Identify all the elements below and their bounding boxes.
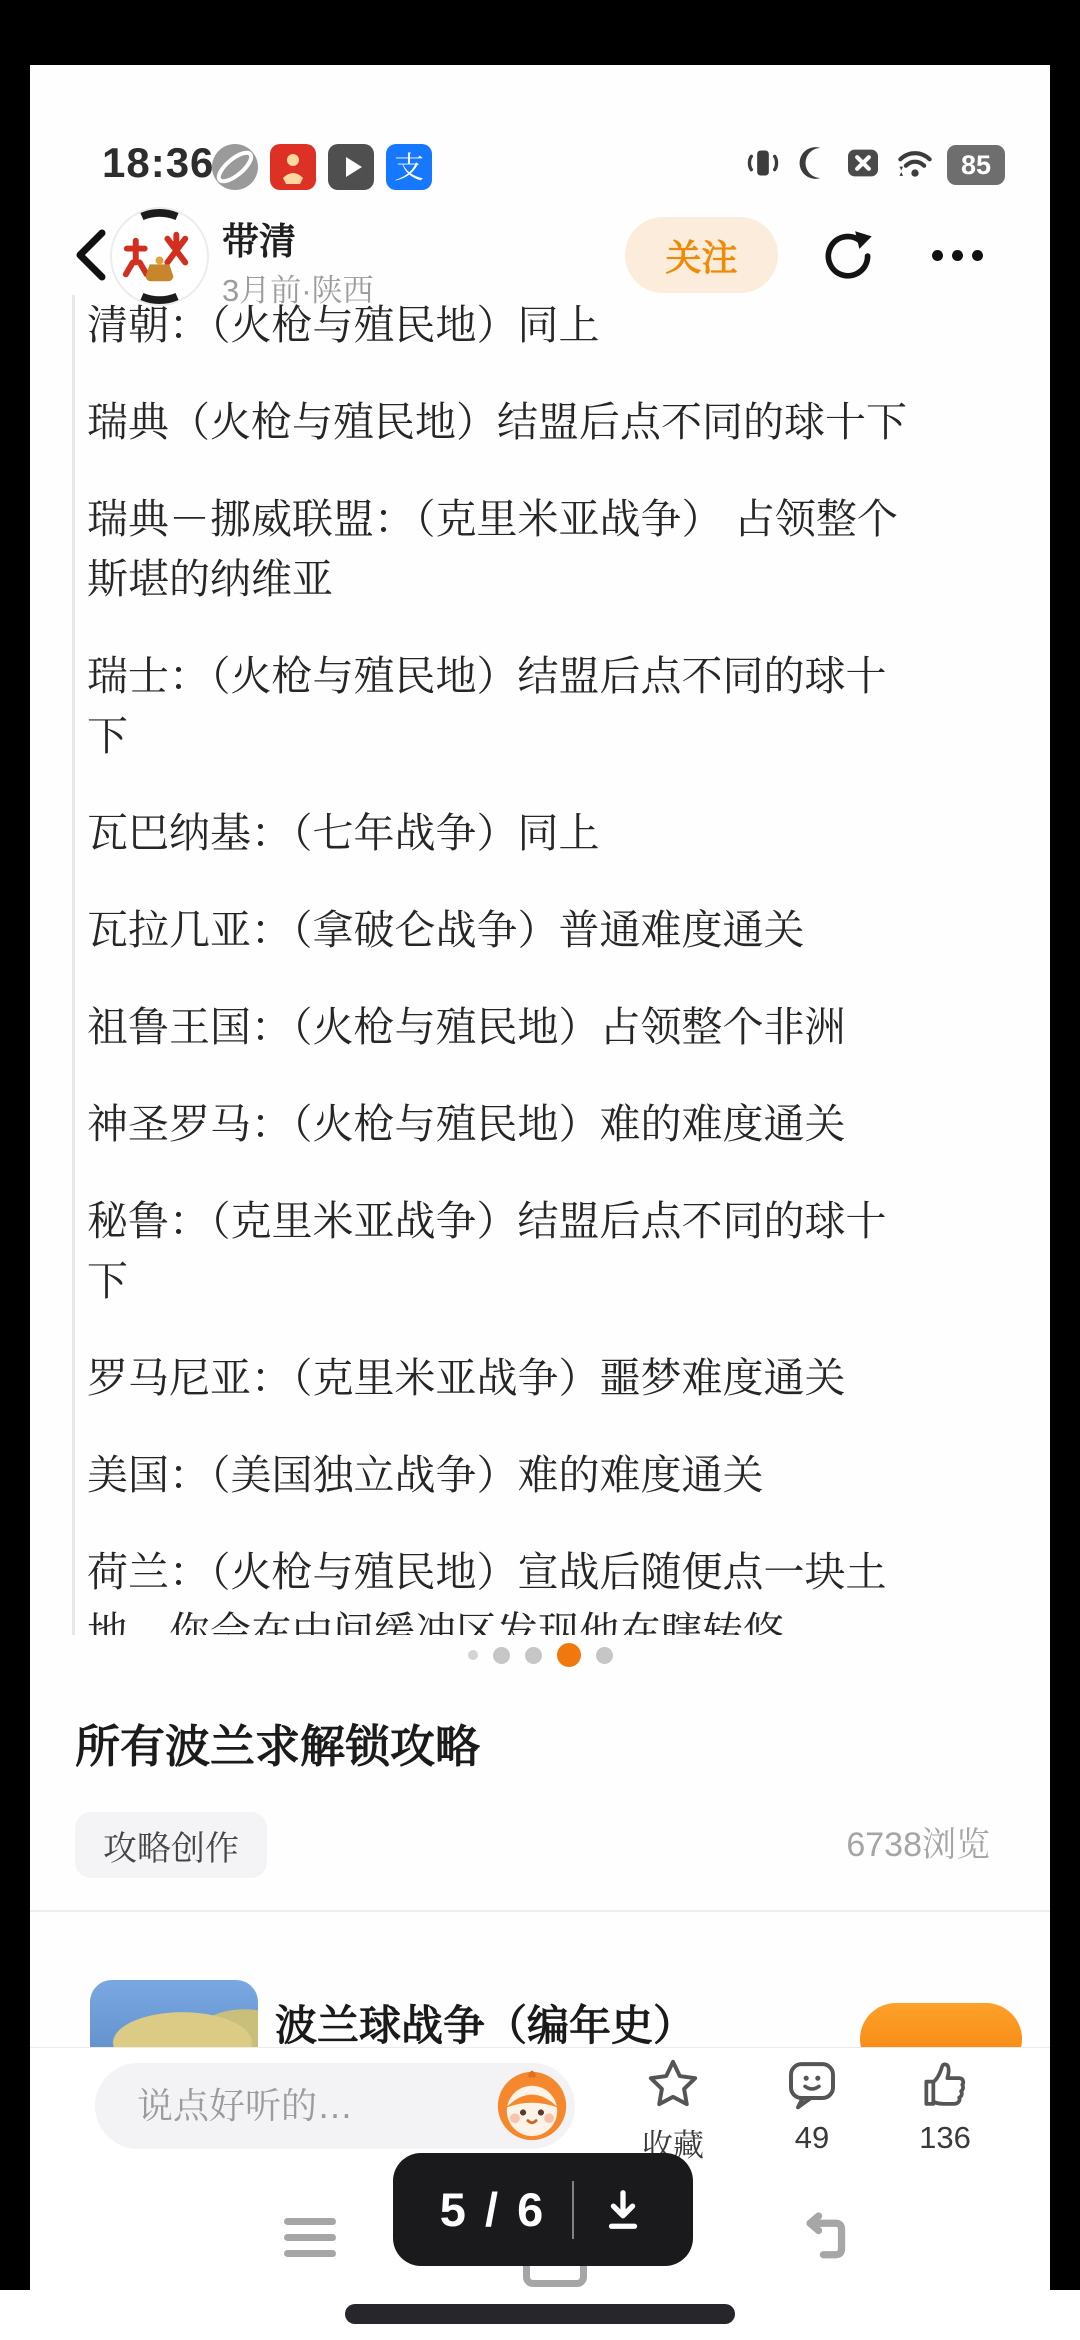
post-paragraph: 瓦巴纳基：（七年战争）同上	[87, 803, 1027, 863]
moon-icon	[793, 143, 833, 188]
dot-icon	[952, 250, 963, 261]
favorite-button[interactable]: 收藏	[608, 2056, 738, 2165]
tag-pill[interactable]: 攻略创作	[75, 1812, 267, 1878]
post-paragraph: 秘鲁：（克里米亚战争）结盟后点不同的球十下	[87, 1191, 1027, 1311]
like-button[interactable]: 136	[880, 2056, 1010, 2156]
status-time: 18:36	[102, 139, 214, 187]
post-paragraph: 瑞士：（火枪与殖民地）结盟后点不同的球十下	[87, 646, 1027, 766]
dot-icon	[932, 250, 943, 261]
image-pager-pill[interactable]: 5 / 6	[393, 2153, 693, 2266]
back-button[interactable]	[68, 227, 112, 283]
hamburger-icon	[284, 2218, 336, 2225]
comment-bubble-icon	[784, 2056, 840, 2112]
post-paragraph: 清朝：（火枪与殖民地）同上	[87, 295, 1027, 355]
section-divider	[30, 1910, 1050, 1912]
post-paragraph: 祖鲁王国：（火枪与殖民地）占领整个非洲	[87, 997, 1027, 1057]
play-app-icon	[328, 144, 374, 190]
dot-icon	[972, 250, 983, 261]
status-system-icons: 85	[743, 137, 1005, 193]
carousel-dots	[30, 1643, 1050, 1667]
carousel-dot	[596, 1647, 613, 1664]
game-card-title[interactable]: 波兰球战争（编年史）	[275, 1993, 695, 2053]
vibrate-icon	[743, 143, 783, 188]
nav-back-button[interactable]	[792, 2210, 850, 2268]
download-icon[interactable]	[600, 2187, 646, 2233]
star-icon	[645, 2056, 701, 2112]
ball-icon	[212, 144, 258, 190]
nav-menu-button[interactable]	[284, 2218, 336, 2257]
gesture-bar-area	[0, 2290, 1080, 2340]
post-paragraph: 瑞典（火枪与殖民地）结盟后点不同的球十下	[87, 392, 1027, 452]
post-paragraph: 神圣罗马：（火枪与殖民地）难的难度通关	[87, 1094, 1027, 1154]
chevron-left-icon	[68, 227, 112, 283]
phone-screenshot: 18:36 支	[0, 0, 1080, 2340]
post-paragraph: 罗马尼亚：（克里米亚战争）噩梦难度通关	[87, 1348, 1027, 1408]
home-indicator[interactable]	[345, 2304, 735, 2324]
post-paragraph: 瓦拉几亚：（拿破仑战争）普通难度通关	[87, 900, 1027, 960]
nav-back-icon	[792, 2210, 850, 2268]
pager-divider	[572, 2181, 574, 2239]
red-app-icon	[270, 144, 316, 190]
comment-count: 49	[795, 2120, 829, 2156]
follow-button[interactable]: 关注	[625, 217, 778, 293]
mute-x-icon	[843, 143, 883, 188]
bottom-action-bar: 收藏 49 136	[30, 2047, 1050, 2290]
share-button[interactable]	[818, 223, 880, 285]
like-count: 136	[919, 2120, 971, 2156]
carousel-dot	[468, 1650, 478, 1660]
view-count: 6738浏览	[846, 1812, 990, 1878]
hamburger-icon	[284, 2234, 336, 2241]
post-paragraph: 瑞典－挪威联盟：（克里米亚战争） 占领整个斯堪的纳维亚	[87, 489, 1027, 609]
comment-input[interactable]	[135, 2084, 499, 2128]
page-title: 所有波兰求解锁攻略	[75, 1710, 480, 1775]
svg-text:支: 支	[394, 152, 424, 185]
app-screen: 18:36 支	[30, 65, 1050, 2290]
share-icon	[818, 223, 880, 285]
thumbs-up-icon	[917, 2056, 973, 2112]
username[interactable]: 带清	[222, 211, 296, 265]
carousel-dot	[493, 1647, 510, 1664]
status-notification-icons: 支	[212, 142, 432, 192]
battery-icon: 85	[947, 145, 1005, 185]
avatar[interactable]	[110, 207, 209, 306]
page-indicator: 5 / 6	[440, 2182, 546, 2237]
carousel-dot-active	[557, 1643, 581, 1667]
avatar-logo	[112, 209, 207, 304]
post-paragraph: 荷兰：（火枪与殖民地）宣战后随便点一块土地，你会在中间缓冲区发现他在瞎转悠	[87, 1542, 1027, 1635]
post-paragraph: 美国：（美国独立战争）难的难度通关	[87, 1445, 1027, 1505]
wifi-icon	[893, 141, 937, 190]
hamburger-icon	[284, 2250, 336, 2257]
carousel-dot	[525, 1647, 542, 1664]
mascot-emoji-button[interactable]	[493, 2067, 571, 2145]
post-text-carousel[interactable]: 清朝：（火枪与殖民地）同上 瑞典（火枪与殖民地）结盟后点不同的球十下 瑞典－挪威…	[72, 295, 1027, 1635]
comment-input-pill[interactable]	[95, 2063, 575, 2149]
more-options-button[interactable]	[924, 225, 990, 285]
alipay-icon: 支	[386, 144, 432, 190]
comment-button[interactable]: 49	[747, 2056, 877, 2156]
